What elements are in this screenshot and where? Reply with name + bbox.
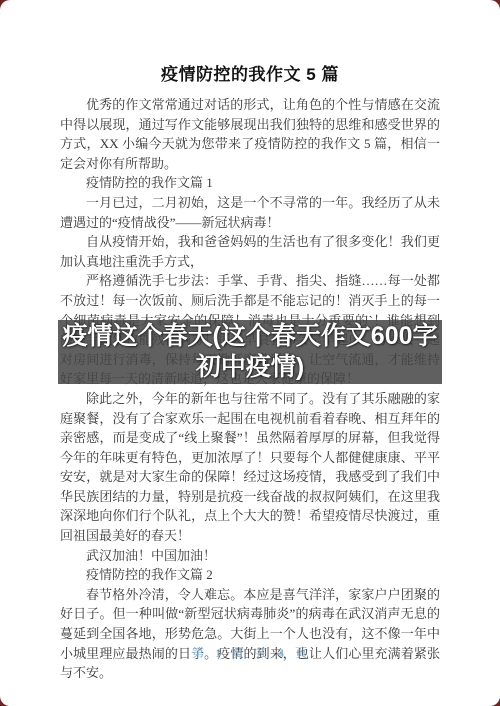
paragraph: 春节格外冷清，令人难忘。本应是喜气洋洋，家家户户团聚的好日子。但一种叫做“新型冠… — [60, 585, 440, 683]
section-heading: 疫情防控的我作文篇 2 — [60, 565, 440, 585]
watermark-banner: 疫情这个春天(这个春天作文600字初中疫情) — [58, 320, 442, 384]
pagination-page-label: 页 — [232, 644, 245, 661]
document-body: 优秀的作文常常通过对话的形式，让角色的个性与情感在交流中得以展现，通过写作文能够… — [60, 95, 440, 683]
pagination-pages-label: 页 — [295, 644, 308, 661]
paragraph: 优秀的作文常常通过对话的形式，让角色的个性与情感在交流中得以展现，通过写作文能够… — [60, 95, 440, 173]
paragraph: 自从疫情开始，我和爸爸妈妈的生活也有了很多变化！我们更加认真地注重洗手方式， — [60, 232, 440, 271]
document-page: 疫情防控的我作文 5 篇 优秀的作文常常通过对话的形式，让角色的个性与情感在交流… — [0, 0, 500, 706]
pagination: 第1页共4页 — [0, 644, 500, 661]
section-heading: 疫情防控的我作文篇 1 — [60, 173, 440, 193]
pagination-total-label: 共 — [255, 644, 268, 661]
document-title: 疫情防控的我作文 5 篇 — [60, 64, 440, 86]
paragraph: 武汉加油！中国加油！ — [60, 546, 440, 566]
paragraph: 一月已过，二月初始，这是一个不寻常的一年。我经历了从未遭遇过的“疫情战役”——新… — [60, 193, 440, 232]
pagination-current-page: 1 — [215, 646, 222, 661]
paragraph: 除此之外，今年的新年也与往常不同了。没有了其乐融融的家庭聚餐，没有了合家欢乐一起… — [60, 389, 440, 546]
pagination-total-pages: 4 — [278, 646, 285, 661]
watermark-title: 疫情这个春天(这个春天作文600字初中疫情) — [62, 321, 438, 383]
pagination-prefix: 第 — [192, 644, 205, 661]
